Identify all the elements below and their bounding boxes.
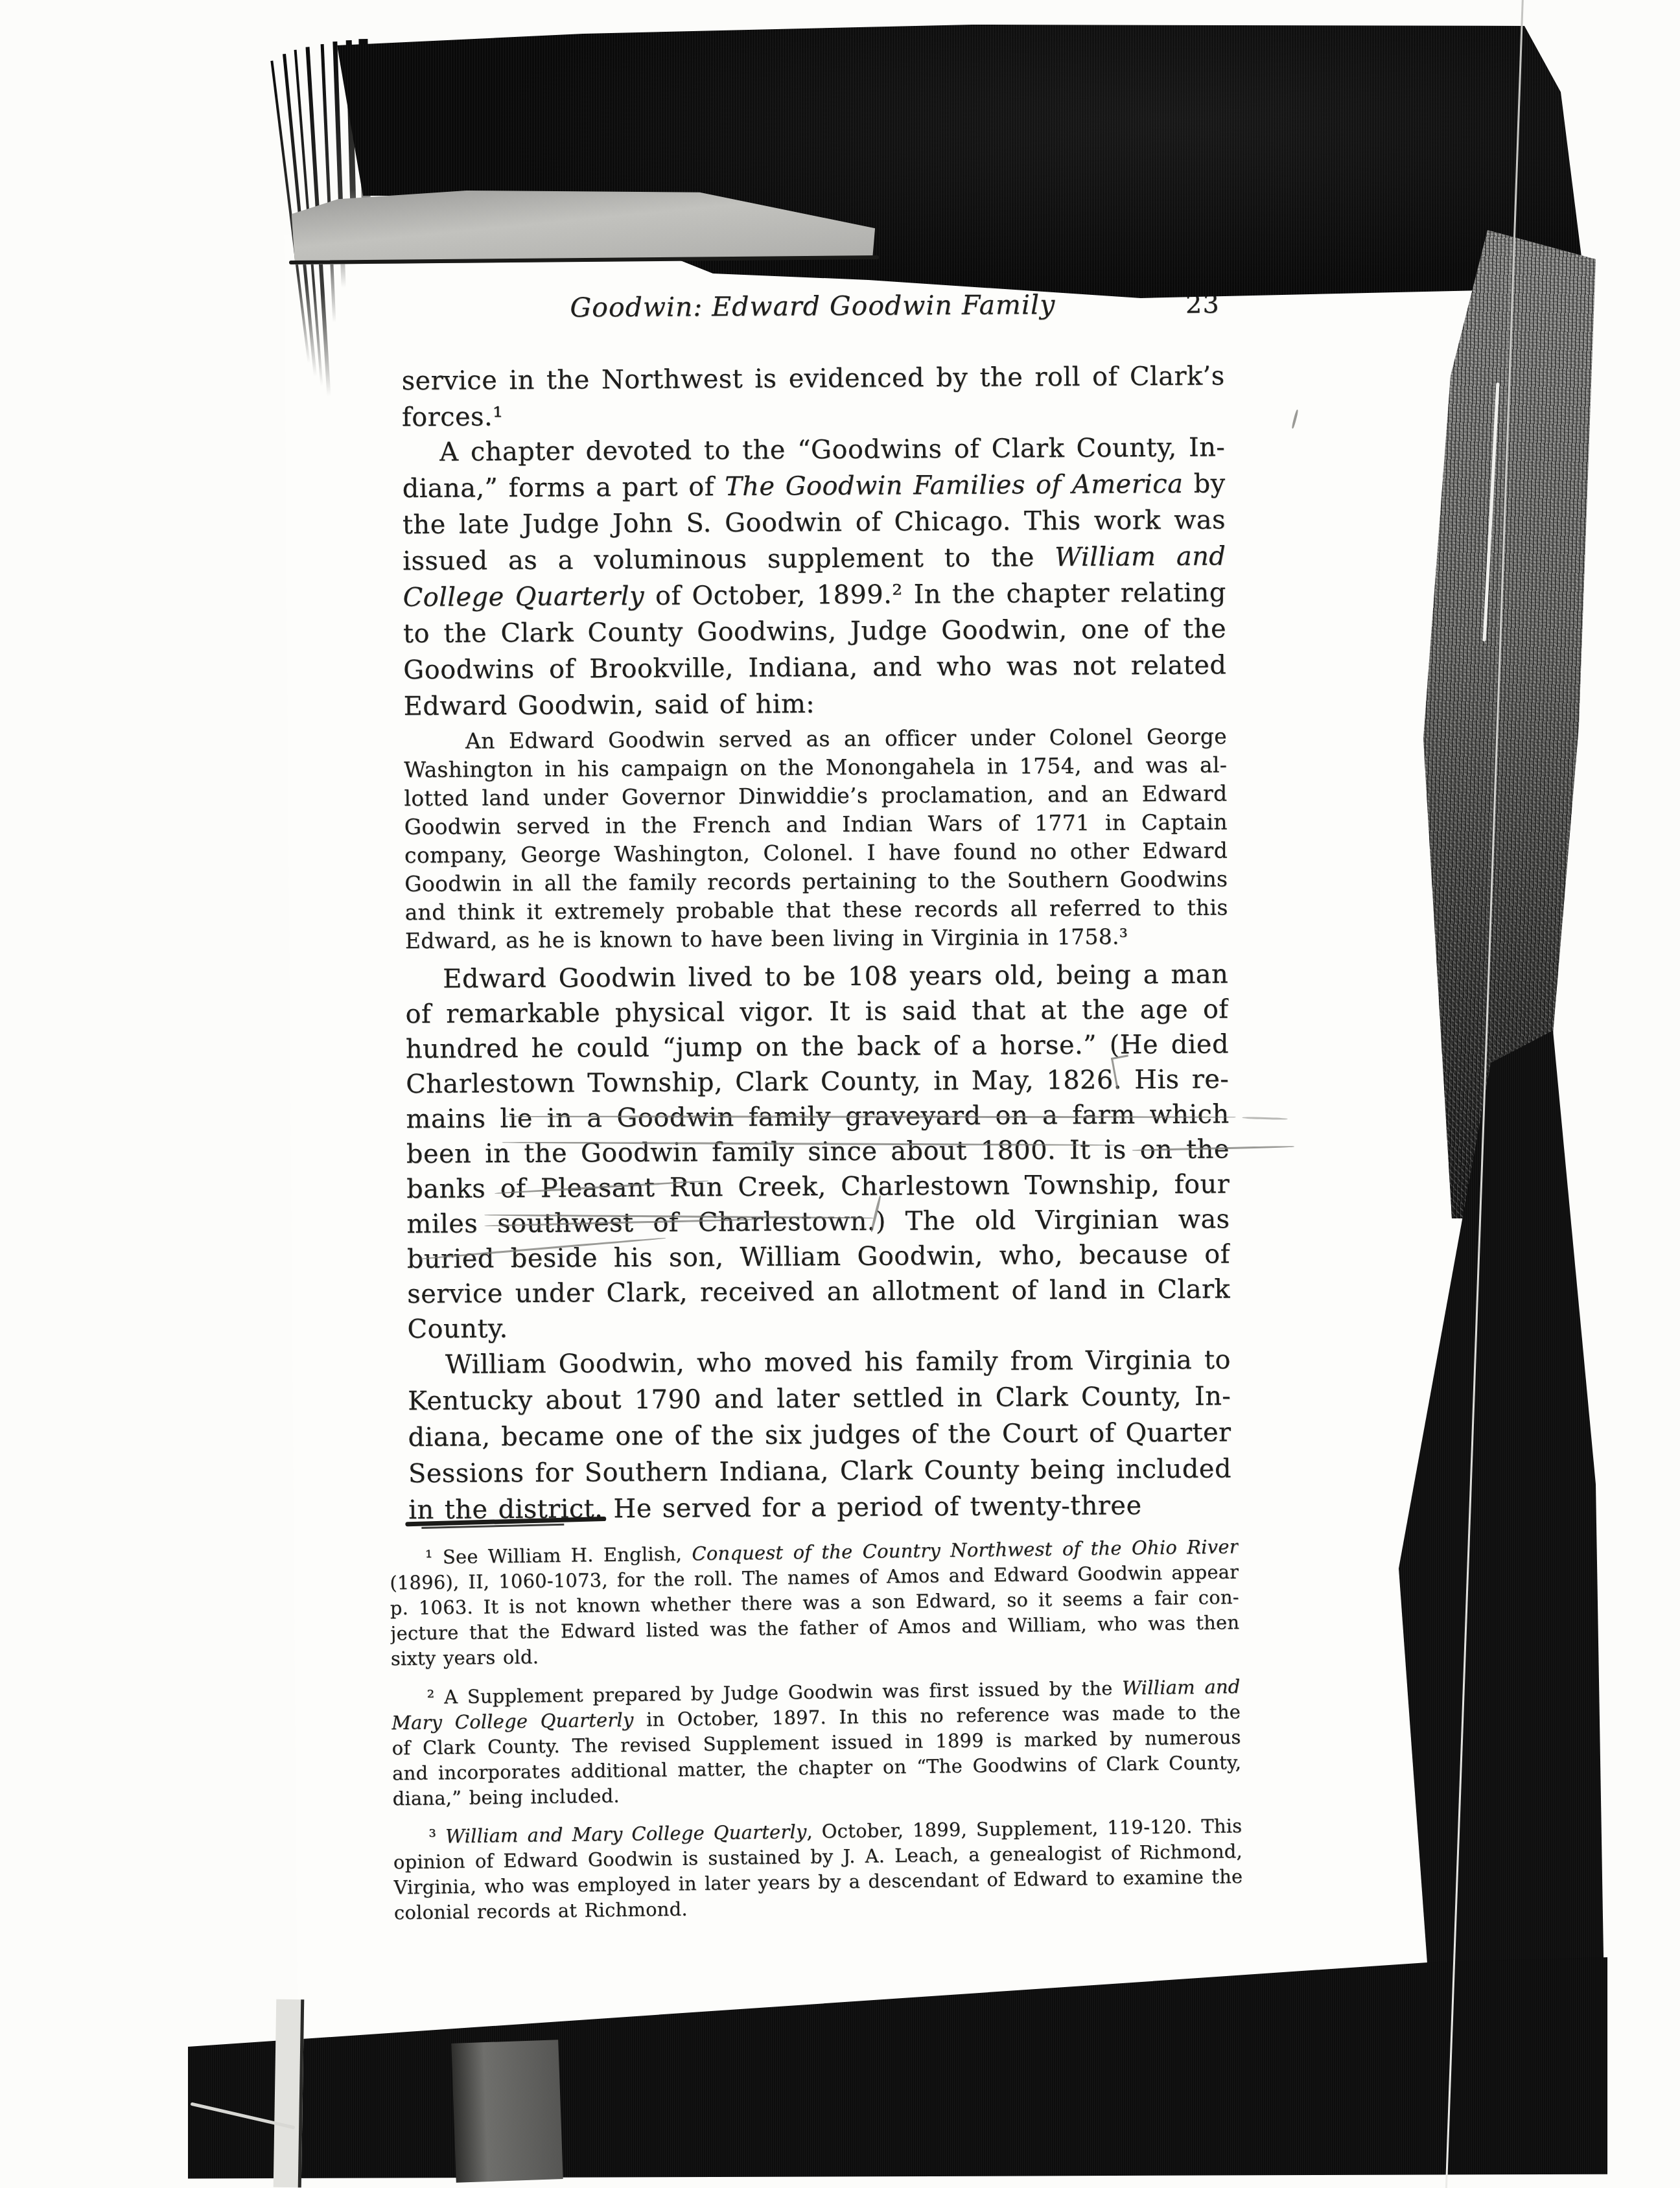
text-line: An Edward Goodwin served as an officer u… [404, 722, 1227, 756]
scanned-book-page-photo: Goodwin: Edward Goodwin Family 23 servic… [0, 0, 1680, 2188]
paragraph-3: Edward Goodwin lived to be 108 years old… [405, 957, 1231, 1347]
text-line: service in the Northwest is evidenced by… [401, 358, 1224, 399]
paragraph-4: William Goodwin, who moved his family fr… [408, 1342, 1232, 1528]
text-line: been in the Goodwin family since about 1… [406, 1132, 1230, 1172]
text-line: of remarkable physical vigor. It is said… [405, 992, 1228, 1032]
text-line: to the Clark County Goodwins, Judge Good… [403, 611, 1226, 652]
text-line: Kentucky about 1790 and later settled in… [408, 1378, 1231, 1419]
text-line: Goodwin served in the French and Indian … [404, 808, 1228, 841]
paragraph-1: service in the Northwest is evidenced by… [401, 358, 1225, 436]
pencil-underline [1242, 1117, 1288, 1120]
text-run: ³ [428, 1825, 445, 1847]
book-title-italic: Mary College Quarterly [391, 1708, 634, 1734]
book-title-italic: William and [1122, 1675, 1241, 1699]
text-line: diana, became one of the six judges of t… [408, 1414, 1231, 1456]
text-line: issued as a voluminous supplement to the… [402, 538, 1226, 579]
text-run: ¹ See William H. English, [425, 1542, 692, 1568]
text-line: College Quarterly of October, 1899.² In … [402, 574, 1226, 616]
text-line: Charlestown Township, Clark County, in M… [406, 1062, 1229, 1102]
text-line: lotted land under Governor Dinwiddie’s p… [404, 779, 1227, 813]
book-title-italic: William and Mary College Quarterly [445, 1821, 807, 1847]
text-line: and think it extremely probable that the… [404, 893, 1228, 927]
footnote-1: ¹ See William H. English, Conquest of th… [390, 1534, 1240, 1671]
text-line: A chapter devoted to the “Goodwins of Cl… [402, 429, 1225, 471]
text-run: by [1183, 469, 1225, 498]
paragraph-2: A chapter devoted to the “Goodwins of Cl… [402, 429, 1227, 725]
text-line: Goodwins of Brookville, Indiana, and who… [403, 647, 1226, 688]
pencil-margin-tick [1291, 410, 1298, 429]
footnote-2: ² A Supplement prepared by Judge Goodwin… [391, 1674, 1241, 1811]
text-line: hundred he could “jump on the back of a … [406, 1027, 1229, 1067]
text-line: banks of Pleasant Run Creek, Charlestown… [406, 1167, 1230, 1207]
text-line: the late Judge John S. Goodwin of Chicag… [402, 502, 1226, 543]
text-line: Sessions for Southern Indiana, Clark Cou… [408, 1450, 1231, 1492]
text-line: company, George Washington, Colonel. I h… [404, 836, 1228, 870]
text-run: issued as a voluminous supplement to the [402, 542, 1055, 576]
text-line: Edward Goodwin lived to be 108 years old… [405, 957, 1228, 997]
text-line: Edward Goodwin, said of him: [403, 683, 1226, 725]
text-run: of October, 1899.² In the chapter relati… [644, 577, 1226, 611]
text-line: William Goodwin, who moved his family fr… [408, 1342, 1231, 1383]
text-line: buried beside his son, William Goodwin, … [407, 1237, 1230, 1277]
footnote-3: ³ William and Mary College Quarterly, Oc… [393, 1813, 1243, 1926]
document-page: Goodwin: Edward Goodwin Family 23 servic… [284, 227, 1526, 2049]
text-line: Edward, as he is known to have been livi… [405, 922, 1228, 955]
footnotes: ¹ See William H. English, Conquest of th… [390, 1534, 1244, 1934]
paper-tab [451, 2040, 563, 2183]
text-run: , October, 1899, Supplement, 119-120. Th… [806, 1815, 1242, 1843]
text-line: Goodwin in all the family records pertai… [404, 865, 1228, 898]
book-title-italic: The Goodwin Families of America [725, 469, 1184, 502]
text-line: diana,” forms a part of The Goodwin Fami… [402, 465, 1225, 507]
block-quote: An Edward Goodwin served as an officer u… [404, 722, 1228, 955]
text-line: service under Clark, received an allotme… [407, 1272, 1230, 1312]
book-title-italic: College Quarterly [402, 581, 644, 612]
text-run: diana,” forms a part of [402, 472, 725, 504]
text-line: Washington in his campaign on the Monong… [404, 751, 1227, 784]
text-line: miles southwest of Charlestown.) The old… [406, 1202, 1230, 1242]
page-edge-sliver [274, 1999, 305, 2188]
text-line: County. [407, 1307, 1230, 1347]
